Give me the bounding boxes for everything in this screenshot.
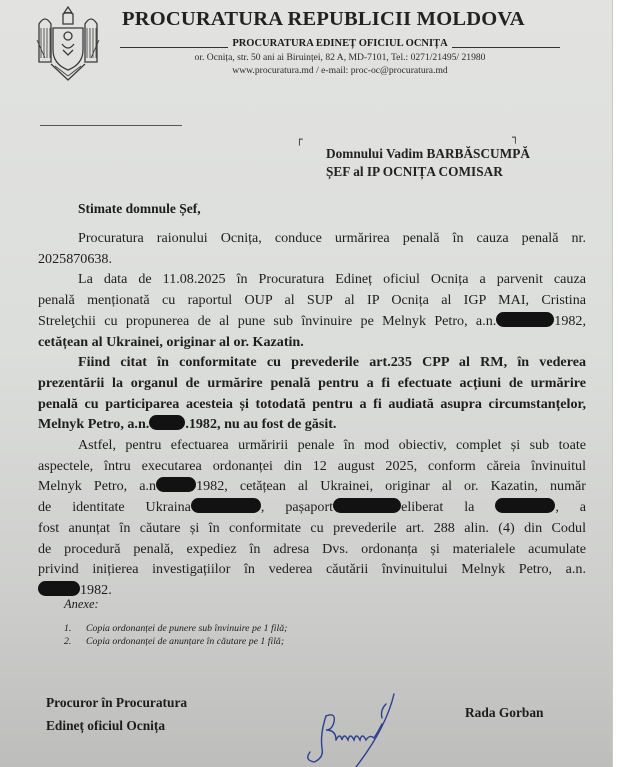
registration-number-line (40, 125, 182, 126)
annex-item: 2.Copia ordonanței de anunțare în căutar… (64, 635, 287, 648)
document-page: PROCURATURA REPUBLICII MOLDOVA PROCURATU… (0, 0, 613, 767)
office-address: or. Ocnița, str. 50 ani ai Biruinței, 82… (120, 52, 560, 63)
divider (452, 46, 560, 48)
recipient-name: Domnului Vadim BARBĂSCUMPĂ (326, 146, 530, 162)
annexes-title: Anexe: (64, 597, 99, 612)
paragraph-2: La data de 11.08.2025 în Procuratura Edi… (38, 269, 586, 290)
handwritten-signature-icon (296, 688, 436, 767)
recipient-title: ȘEF al IP OCNIȚA COMISAR (326, 164, 503, 180)
moldova-coat-of-arms-icon (33, 4, 103, 84)
redaction-block (191, 498, 261, 513)
salutation: Stimate domnule Șef, (78, 201, 201, 217)
office-contact: www.procuratura.md / e-mail: proc-oc@pro… (120, 65, 560, 76)
annexes-list: 1.Copia ordonanței de punere sub învinui… (64, 622, 287, 648)
redaction-block (156, 477, 196, 492)
office-subtitle: PROCURATURA EDINEȚ OFICIUL OCNIȚA (120, 38, 560, 49)
signatory-role: Procuror în Procuratura Edineț oficiul O… (46, 691, 187, 737)
paragraph-1: Procuratura raionului Ocnița, conduce ur… (38, 228, 586, 249)
office-name: PROCURATURA EDINEȚ OFICIUL OCNIȚA (228, 38, 451, 49)
redaction-block (495, 498, 555, 513)
redaction-block (496, 312, 554, 327)
annex-item: 1.Copia ordonanței de punere sub învinui… (64, 622, 287, 635)
paragraph-4: Astfel, pentru efectuarea urmăririi pena… (38, 435, 586, 456)
paragraph-3: Fiind citat în conformitate cu prevederi… (38, 352, 586, 373)
redaction-block (149, 415, 185, 430)
corner-mark-left: ┌ (296, 133, 303, 146)
redaction-block (38, 581, 80, 596)
divider (120, 46, 228, 48)
signatory-name: Rada Gorban (465, 705, 544, 721)
corner-mark-right: ┐ (512, 131, 519, 144)
redaction-block (333, 498, 401, 513)
letter-body: Procuratura raionului Ocnița, conduce ur… (38, 228, 586, 601)
institution-title: PROCURATURA REPUBLICII MOLDOVA (122, 8, 562, 31)
